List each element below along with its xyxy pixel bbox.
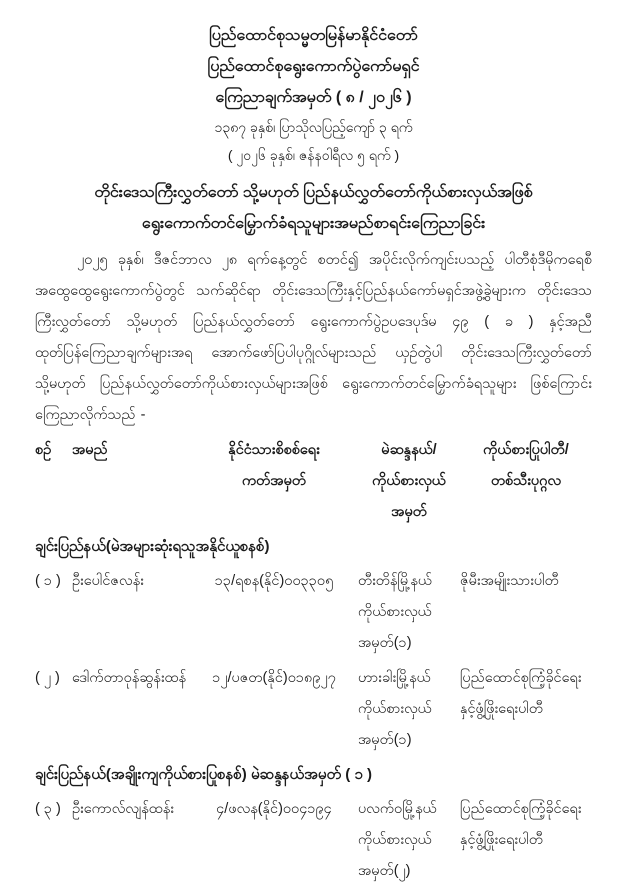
state-title: ပြည်ထောင်စုသမ္မတမြန်မာနိုင်ငံတော် <box>35 20 592 51</box>
header-nrc: နိုင်ငံသားစိစစ်ရေး ကတ်အမှတ် <box>190 435 358 497</box>
section-heading-pr: ချင်းပြည်နယ်(အချိုးကျကိုယ်စားပြုစနစ်) မဲ… <box>35 759 592 790</box>
constituency-line: အမှတ်(၁) <box>358 725 460 756</box>
party-line: ဇိုမီးအမျိုးသားပါတီ <box>460 566 592 597</box>
cell-serial: ( ၃ ) <box>35 794 72 825</box>
cell-name: ဒေါက်တာဝုန်ဆွန်းထန် <box>72 663 190 694</box>
cell-constituency: ဟားခါးမြို့နယ် ကိုယ်စားလှယ် အမှတ်(၁) <box>358 663 460 756</box>
party-line: ပြည်ထောင်စုကြံ့ခိုင်ရေး <box>460 663 592 694</box>
cell-nrc: ၄/ဖလန(နိုင်)၀၀၄၁၉၄ <box>190 794 358 825</box>
cell-name: ဦးကောလ်လျန်ထန်း <box>72 794 190 825</box>
constituency-line: ကိုယ်စားလှယ် <box>358 694 460 725</box>
table-header-row: စဉ် အမည် နိုင်ငံသားစိစစ်ရေး ကတ်အမှတ် မဲဆ… <box>35 435 592 528</box>
constituency-line: ကိုယ်စားလှယ် <box>358 597 460 628</box>
party-line: ပြည်ထောင်စုကြံ့ခိုင်ရေး <box>460 794 592 825</box>
header-party: ကိုယ်စားပြုပါတီ/ တစ်သီးပုဂ္ဂလ <box>460 435 592 497</box>
constituency-line: ပလက်ဝမြို့နယ် <box>358 794 460 825</box>
cell-serial: ( ၂ ) <box>35 663 72 694</box>
constituency-line: ဟားခါးမြို့နယ် <box>358 663 460 694</box>
table-row: ( ၂ ) ဒေါက်တာဝုန်ဆွန်းထန် ၁၂/ပဇတ(နိုင်)၀… <box>35 663 592 756</box>
header-constituency-line1: မဲဆန္ဒနယ်/ <box>358 435 460 466</box>
header-nrc-line2: ကတ်အမှတ် <box>190 466 358 497</box>
table-row: ( ၃ ) ဦးကောလ်လျန်ထန်း ၄/ဖလန(နိုင်)၀၀၄၁၉၄… <box>35 794 592 886</box>
cell-constituency: တီးတိန်မြို့နယ် ကိုယ်စားလှယ် အမှတ်(၁) <box>358 566 460 659</box>
header-serial: စဉ် <box>35 435 72 466</box>
cell-party: ဇိုမီးအမျိုးသားပါတီ <box>460 566 592 597</box>
section-heading-fptp: ချင်းပြည်နယ်(မဲအများဆုံးရသူအနိုင်ယူစနစ်) <box>35 531 592 562</box>
header-party-line1: ကိုယ်စားပြုပါတီ/ <box>460 435 592 466</box>
cell-constituency: ပလက်ဝမြို့နယ် ကိုယ်စားလှယ် အမှတ်(၂) <box>358 794 460 886</box>
header-name: အမည် <box>72 435 190 466</box>
document-header: ပြည်ထောင်စုသမ္မတမြန်မာနိုင်ငံတော် ပြည်ထေ… <box>35 20 592 169</box>
header-constituency-line2: ကိုယ်စားလှယ်အမှတ် <box>358 466 460 528</box>
cell-serial: ( ၁ ) <box>35 566 72 597</box>
constituency-line: ကိုယ်စားလှယ် <box>358 825 460 856</box>
constituency-line: တီးတိန်မြို့နယ် <box>358 566 460 597</box>
cell-party: ပြည်ထောင်စုကြံ့ခိုင်ရေး နှင့်ဖွံ့ဖြိုးရေ… <box>460 794 592 856</box>
constituency-line: အမှတ်(၂) <box>358 856 460 886</box>
commission-title: ပြည်ထောင်စုရွေးကောက်ပွဲကော်မရှင် <box>35 51 592 82</box>
cell-nrc: ၁၂/ပဇတ(နိုင်)၀၁၈၉၂၇ <box>190 663 358 694</box>
document-title-line1: တိုင်းဒေသကြီးလွှတ်တော် သို့မဟုတ် ပြည်နယ်… <box>35 177 592 208</box>
header-constituency: မဲဆန္ဒနယ်/ ကိုယ်စားလှယ်အမှတ် <box>358 435 460 528</box>
table-row: ( ၁ ) ဦးပေါင်ဇလန်း ၁၃/ရစန(နိုင်)၀၀၃၃၀၅ တ… <box>35 566 592 659</box>
announcement-number: ကြေညာချက်အမှတ် ( ၈ / ၂၀၂၆ ) <box>35 82 592 113</box>
cell-party: ပြည်ထောင်စုကြံ့ခိုင်ရေး နှင့်ဖွံ့ဖြိုးရေ… <box>460 663 592 725</box>
header-nrc-line1: နိုင်ငံသားစိစစ်ရေး <box>190 435 358 466</box>
document-title: တိုင်းဒေသကြီးလွှတ်တော် သို့မဟုတ် ပြည်နယ်… <box>35 177 592 239</box>
cell-nrc: ၁၃/ရစန(နိုင်)၀၀၃၃၀၅ <box>190 566 358 597</box>
body-paragraph: ၂၀၂၅ ခုနှစ်၊ ဒီဇင်ဘာလ ၂၈ ရက်နေ့တွင် စတင်… <box>35 245 592 431</box>
document-title-line2: ရွေးကောက်တင်မြှောက်ခံရသူများအမည်စာရင်းကြ… <box>35 208 592 239</box>
cell-name: ဦးပေါင်ဇလန်း <box>72 566 190 597</box>
myanmar-calendar-date: ၁၃၈၇ ခုနှစ်၊ ပြာသိုလပြည့်ကျော် ၃ ရက် <box>35 113 592 141</box>
party-line: နှင့်ဖွံ့ဖြိုးရေးပါတီ <box>460 694 592 725</box>
gregorian-date: ( ၂၀၂၆ ခုနှစ်၊ ဇန်နဝါရီလ ၅ ရက် ) <box>35 141 592 169</box>
constituency-line: အမှတ်(၁) <box>358 628 460 659</box>
announcement-document: ပြည်ထောင်စုသမ္မတမြန်မာနိုင်ငံတော် ပြည်ထေ… <box>0 0 627 886</box>
header-party-line2: တစ်သီးပုဂ္ဂလ <box>460 466 592 497</box>
party-line: နှင့်ဖွံ့ဖြိုးရေးပါတီ <box>460 825 592 856</box>
